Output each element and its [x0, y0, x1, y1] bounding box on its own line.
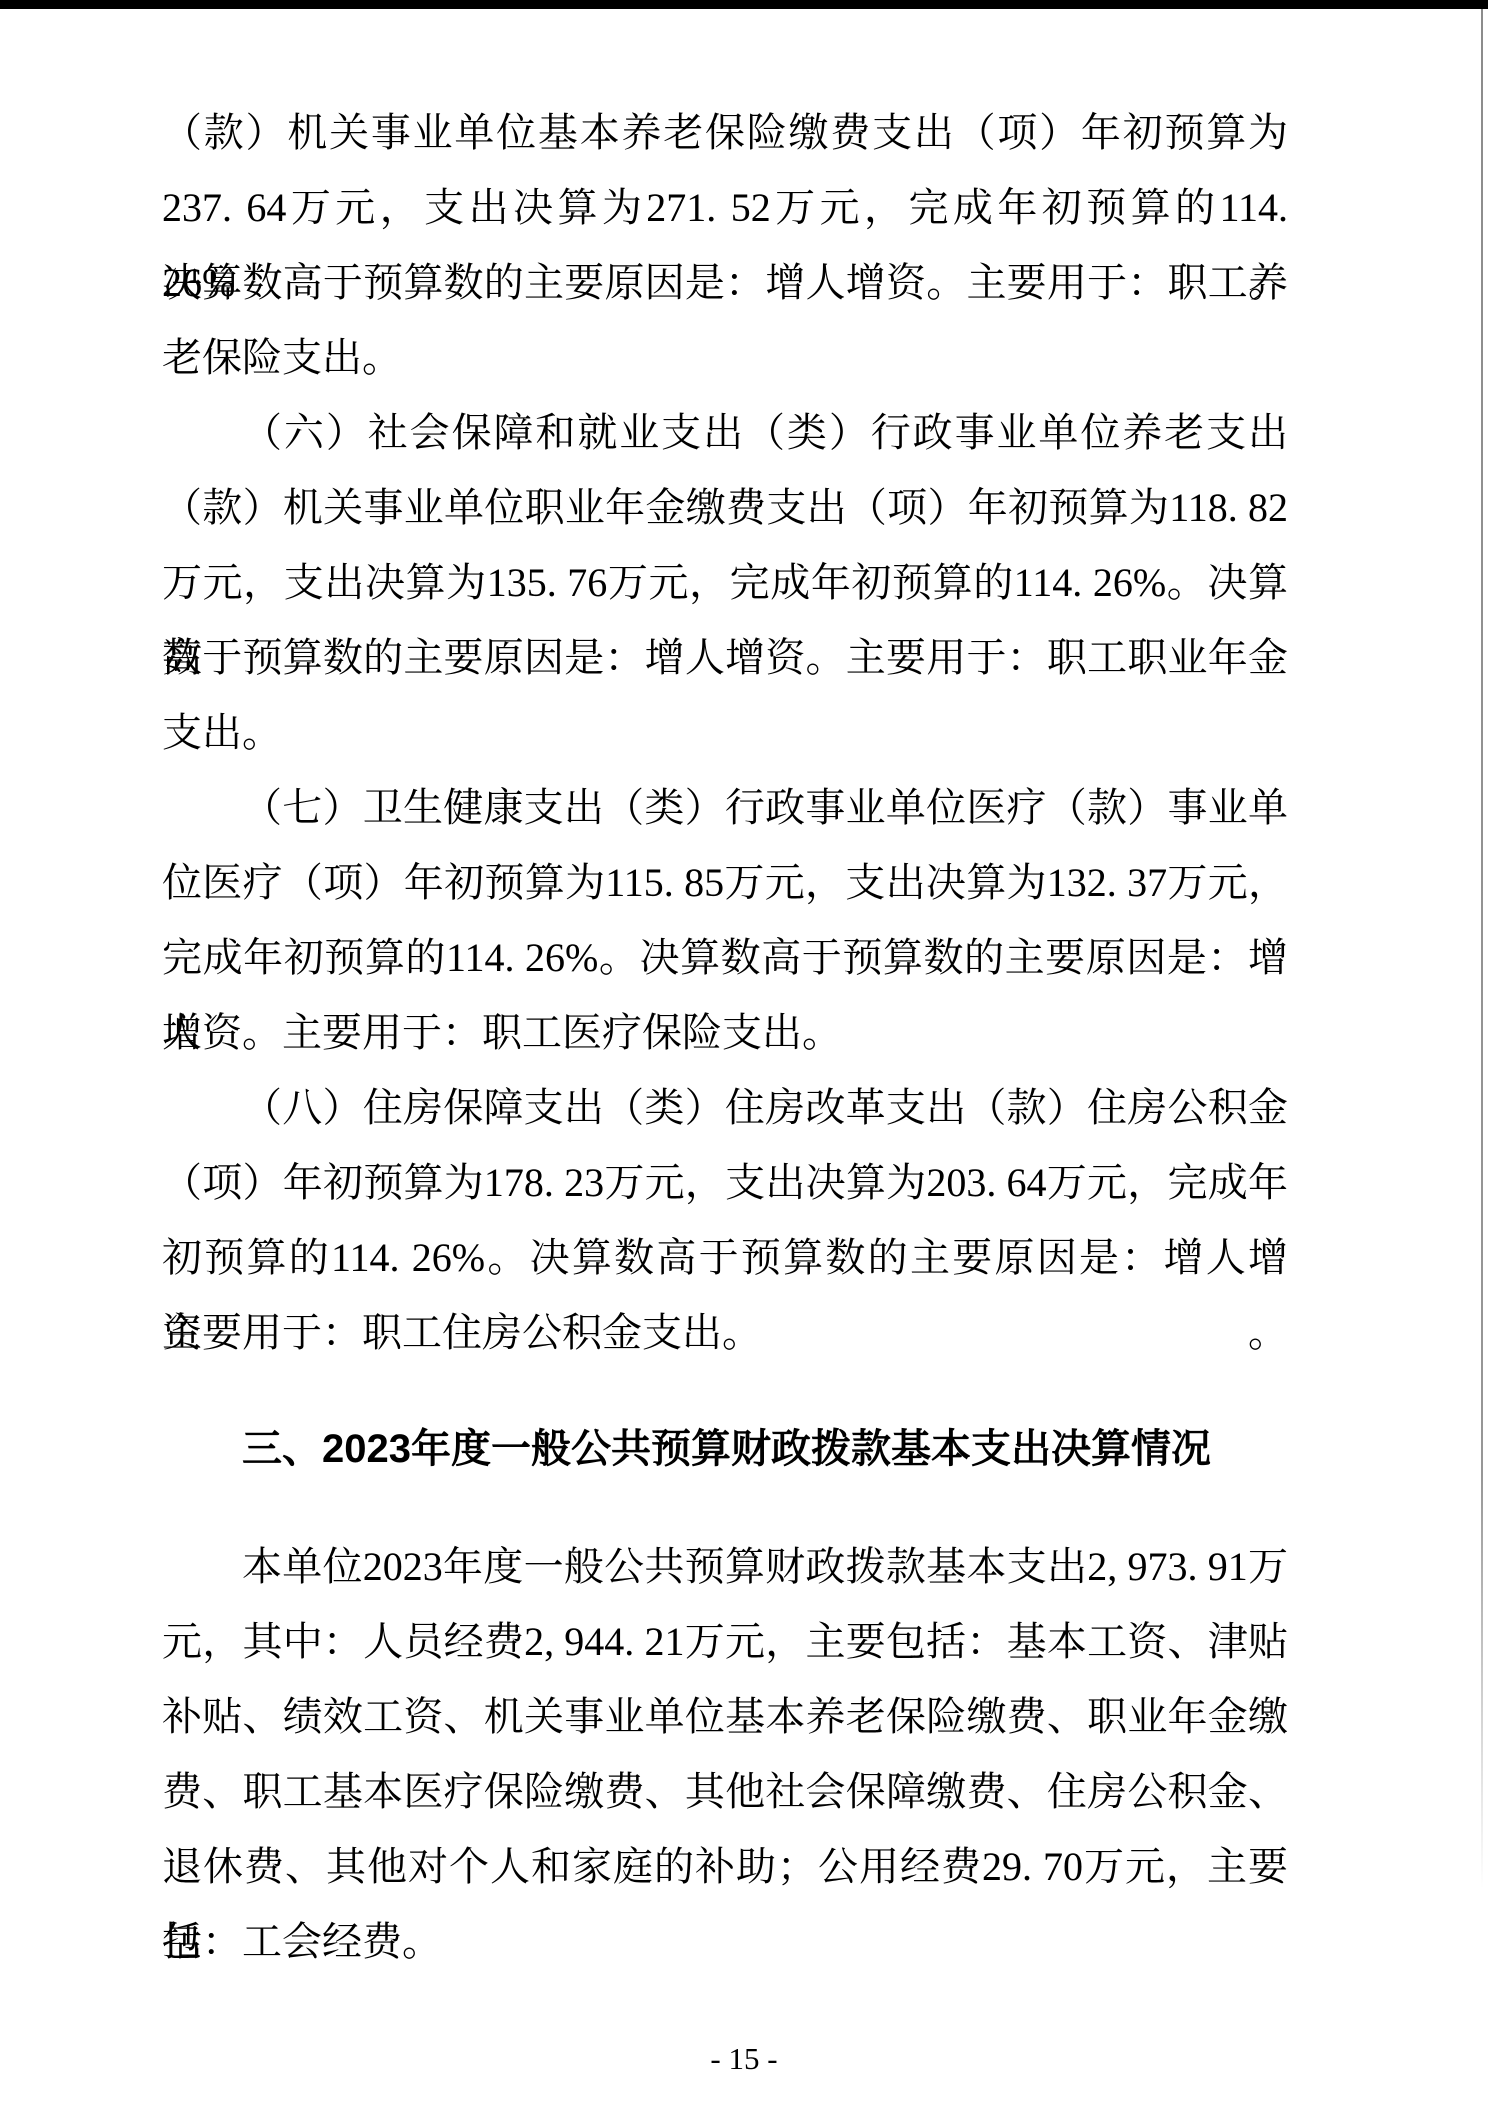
text-line: （款）机关事业单位基本养老保险缴费支出（项）年初预算为	[162, 95, 1288, 170]
text-line: 万元，支出决算为135. 76万元，完成年初预算的114. 26%。决算数	[162, 545, 1288, 620]
document-page: （款）机关事业单位基本养老保险缴费支出（项）年初预算为237. 64万元，支出决…	[0, 0, 1488, 2104]
text-line: （款）机关事业单位职业年金缴费支出（项）年初预算为118. 82	[162, 470, 1288, 545]
text-line: 元，其中：人员经费2, 944. 21万元，主要包括：基本工资、津贴	[162, 1604, 1288, 1679]
text-line: 本单位2023年度一般公共预算财政拨款基本支出2, 973. 91万	[162, 1529, 1288, 1604]
text-line: 支出。	[162, 695, 1288, 770]
text-line: 退休费、其他对个人和家庭的补助；公用经费29. 70万元，主要包	[162, 1829, 1288, 1904]
section-heading: 三、2023年度一般公共预算财政拨款基本支出决算情况	[162, 1412, 1288, 1487]
text-line: 237. 64万元，支出决算为271. 52万元，完成年初预算的114. 26%…	[162, 170, 1288, 245]
scan-top-bar	[0, 0, 1488, 9]
text-line: （项）年初预算为178. 23万元，支出决算为203. 64万元，完成年	[162, 1145, 1288, 1220]
text-line: 位医疗（项）年初预算为115. 85万元，支出决算为132. 37万元，	[162, 845, 1288, 920]
text-line: （八）住房保障支出（类）住房改革支出（款）住房公积金	[162, 1070, 1288, 1145]
text-line: （六）社会保障和就业支出（类）行政事业单位养老支出	[162, 395, 1288, 470]
paragraph-container: （款）机关事业单位基本养老保险缴费支出（项）年初预算为237. 64万元，支出决…	[162, 95, 1288, 1979]
text-line: 老保险支出。	[162, 320, 1288, 395]
page-number: - 15 -	[710, 2041, 777, 2076]
page-body: （款）机关事业单位基本养老保险缴费支出（项）年初预算为237. 64万元，支出决…	[162, 95, 1288, 1979]
text-line: 补贴、绩效工资、机关事业单位基本养老保险缴费、职业年金缴	[162, 1679, 1288, 1754]
text-line: （七）卫生健康支出（类）行政事业单位医疗（款）事业单	[162, 770, 1288, 845]
section-heading-line: 三、2023年度一般公共预算财政拨款基本支出决算情况	[162, 1412, 1288, 1487]
text-line: 初预算的114. 26%。决算数高于预算数的主要原因是：增人增资。	[162, 1220, 1288, 1295]
text-line: 费、职工基本医疗保险缴费、其他社会保障缴费、住房公积金、	[162, 1754, 1288, 1829]
text-line: 增资。主要用于：职工医疗保险支出。	[162, 995, 1288, 1070]
paragraph: 本单位2023年度一般公共预算财政拨款基本支出2, 973. 91万元，其中：人…	[162, 1529, 1288, 1979]
paragraph: （款）机关事业单位基本养老保险缴费支出（项）年初预算为237. 64万元，支出决…	[162, 95, 1288, 395]
text-line: 完成年初预算的114. 26%。决算数高于预算数的主要原因是：增人	[162, 920, 1288, 995]
text-line: 括：工会经费。	[162, 1904, 1288, 1979]
paragraph: （八）住房保障支出（类）住房改革支出（款）住房公积金（项）年初预算为178. 2…	[162, 1070, 1288, 1370]
scan-edge-line	[1481, 9, 1483, 1889]
paragraph: （六）社会保障和就业支出（类）行政事业单位养老支出（款）机关事业单位职业年金缴费…	[162, 395, 1288, 770]
text-line: 高于预算数的主要原因是：增人增资。主要用于：职工职业年金	[162, 620, 1288, 695]
page-footer: - 15 -	[0, 2040, 1488, 2078]
paragraph: （七）卫生健康支出（类）行政事业单位医疗（款）事业单位医疗（项）年初预算为115…	[162, 770, 1288, 1070]
text-line: 决算数高于预算数的主要原因是：增人增资。主要用于：职工养	[162, 245, 1288, 320]
